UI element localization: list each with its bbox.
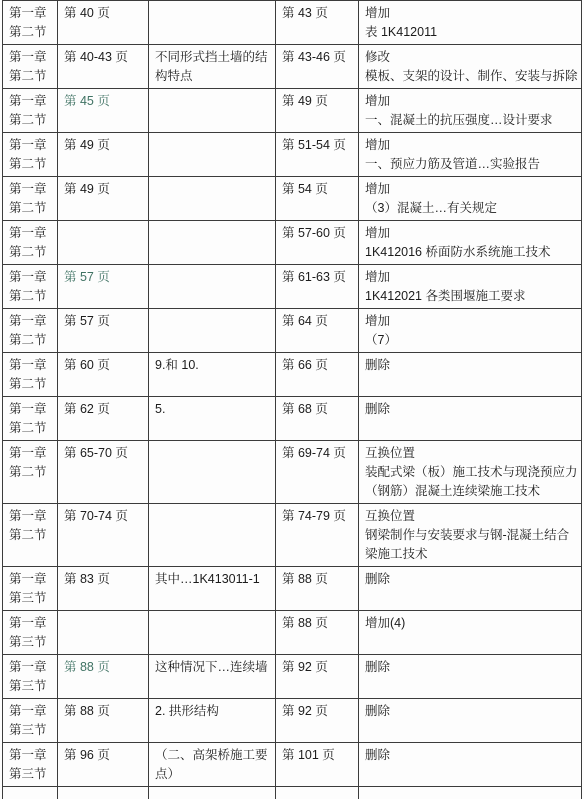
change-cell: 增加（3）混凝土…有关规定 — [359, 177, 582, 221]
chapter-line: 第三节 — [9, 589, 55, 608]
chapter-cell: 第一章第三节 — [3, 611, 58, 655]
table-row: 第一章第二节第 57 页第 61-63 页增加1K412021 各类围堰施工要求 — [3, 265, 582, 309]
change-operation: 删除 — [365, 658, 579, 677]
new-page-cell: 第 88 页 — [276, 567, 359, 611]
chapter-line: 第一章 — [9, 4, 55, 23]
change-operation: 删除 — [365, 702, 579, 721]
chapter-cell: 第一章第三节 — [3, 655, 58, 699]
change-operation: 删除 — [365, 570, 579, 589]
chapter-cell: 第一章第二节 — [3, 1, 58, 45]
change-operation: 增加 — [365, 268, 579, 287]
old-page-cell: 第 49 页 — [58, 177, 149, 221]
change-cell: 修改模板、支架的设计、制作、安装与拆除 — [359, 45, 582, 89]
change-description: 表 1K412011 — [365, 23, 579, 42]
change-operation: 增加 — [365, 224, 579, 243]
table-row: 第一章第三节第 83 页其中…1K413011-1第 88 页删除 — [3, 567, 582, 611]
content-cell — [149, 265, 276, 309]
table-row: 第一章第二节第 65-70 页第 69-74 页互换位置装配式梁（板）施工技术与… — [3, 441, 582, 504]
change-cell: 增加1K412021 各类围堰施工要求 — [359, 265, 582, 309]
new-page-cell: 第 54 页 — [276, 177, 359, 221]
chapter-line: 第三节 — [9, 633, 55, 652]
chapter-line: 第二节 — [9, 463, 55, 482]
old-page-cell: 第 49 页 — [58, 133, 149, 177]
chapter-cell: 第一章第二节 — [3, 221, 58, 265]
change-operation: 互换位置 — [365, 507, 579, 526]
content-cell — [149, 504, 276, 567]
change-cell: 删除 — [359, 743, 582, 769]
chapter-line: 第一章 — [9, 356, 55, 375]
new-page-cell: 第 74-79 页 — [276, 504, 359, 567]
chapter-cell: 第一章第二节 — [3, 397, 58, 441]
chapter-cell: 第一章第二节 — [3, 133, 58, 177]
new-page-cell: 第 101 页 — [276, 743, 359, 769]
old-page-cell: 第 88 页 — [58, 699, 149, 743]
chapter-line: 第一章 — [9, 268, 55, 287]
change-description: （3）混凝土…有关规定 — [365, 199, 579, 218]
chapter-cell: 第一章第三节 — [3, 699, 58, 743]
content-cell — [149, 309, 276, 353]
change-cell: 删除 — [359, 567, 582, 611]
table-row: 第一章第二节第 57 页第 64 页增加（7） — [3, 309, 582, 353]
table-row: 第一章第二节第 62 页5.第 68 页删除 — [3, 397, 582, 441]
chapter-line: 第三节 — [9, 721, 55, 740]
table-row: 第一章第三节第 88 页这种情况下…连续墙第 92 页删除 — [3, 655, 582, 699]
change-cell: 删除 — [359, 353, 582, 397]
new-page-cell: 第 43 页 — [276, 1, 359, 45]
chapter-cell: 第一章第二节 — [3, 441, 58, 504]
old-page-cell: 第 57 页 — [58, 265, 149, 309]
content-cell — [149, 221, 276, 265]
new-page-cell: 第 43-46 页 — [276, 45, 359, 89]
old-page-cell: 第 83 页 — [58, 567, 149, 611]
chapter-line: 第二节 — [9, 155, 55, 174]
old-page-cell: 第 40-43 页 — [58, 45, 149, 89]
content-cell — [149, 89, 276, 133]
change-operation: 增加(4) — [365, 614, 579, 633]
chapter-line: 第一章 — [9, 136, 55, 155]
new-page-cell: 第 68 页 — [276, 397, 359, 441]
old-page-cell: 第 60 页 — [58, 353, 149, 397]
new-page-cell: 第 88 页 — [276, 611, 359, 655]
chapter-line: 第一章 — [9, 92, 55, 111]
old-page-cell — [58, 611, 149, 655]
chapter-line: 第二节 — [9, 375, 55, 394]
chapter-line: 第二节 — [9, 287, 55, 306]
new-page-cell: 第 57-60 页 — [276, 221, 359, 265]
chapter-line: 第一章 — [9, 570, 55, 589]
table-row: 第一章第三节第 88 页2. 拱形结构第 92 页删除 — [3, 699, 582, 743]
content-cell — [149, 441, 276, 504]
new-page-cell: 第 92 页 — [276, 699, 359, 743]
change-operation: 增加 — [365, 312, 579, 331]
old-page-cell: 第 65-70 页 — [58, 441, 149, 504]
chapter-line: 第一章 — [9, 400, 55, 419]
table-row: 第一章第二节第 49 页第 51-54 页增加一、预应力筋及管道…实验报告 — [3, 133, 582, 177]
chapter-cell: 第一章第二节 — [3, 309, 58, 353]
old-page-cell — [58, 221, 149, 265]
change-cell: 增加(4) — [359, 611, 582, 655]
table-row: 第一章第二节第 45 页第 49 页增加一、混凝土的抗压强度…设计要求 — [3, 89, 582, 133]
new-page-cell: 第 92 页 — [276, 655, 359, 699]
change-operation: 增加 — [365, 4, 579, 23]
chapter-line: 第二节 — [9, 67, 55, 86]
table-row: 第一章第二节第 40-43 页不同形式挡土墙的结构特点第 43-46 页修改模板… — [3, 45, 582, 89]
chapter-line: 第二节 — [9, 243, 55, 262]
change-operation: 增加 — [365, 136, 579, 155]
change-description: 钢梁制作与安装要求与钢-混凝土结合梁施工技术 — [365, 526, 579, 564]
change-description: 装配式梁（板）施工技术与现浇预应力（钢筋）混凝土连续梁施工技术 — [365, 463, 579, 501]
chapter-line: 第二节 — [9, 526, 55, 545]
chapter-line: 第一章 — [9, 312, 55, 331]
table-row: 第一章第二节第 40 页第 43 页增加表 1K412011 — [3, 1, 582, 45]
chapter-line: 第一章 — [9, 48, 55, 67]
change-description: 一、预应力筋及管道…实验报告 — [365, 155, 579, 174]
new-page-cell: 第 66 页 — [276, 353, 359, 397]
chapter-cell: 第一章第二节 — [3, 504, 58, 567]
old-page-cell: 第 70-74 页 — [58, 504, 149, 567]
chapter-line: 第一章 — [9, 614, 55, 633]
change-operation: 互换位置 — [365, 444, 579, 463]
change-cell: 增加1K412016 桥面防水系统施工技术 — [359, 221, 582, 265]
chapter-line: 第三节 — [9, 677, 55, 696]
change-cell: 增加一、混凝土的抗压强度…设计要求 — [359, 89, 582, 133]
chapter-cell: 第一章第三节 — [3, 743, 58, 769]
chapter-line: 第一章 — [9, 180, 55, 199]
document-page: 第一章第二节第 40 页第 43 页增加表 1K412011第一章第二节第 40… — [2, 0, 582, 768]
chapter-line: 第二节 — [9, 23, 55, 42]
content-cell: 5. — [149, 397, 276, 441]
chapter-line: 第一章 — [9, 746, 55, 765]
chapter-line: 第一章 — [9, 224, 55, 243]
old-page-cell: 第 40 页 — [58, 1, 149, 45]
table-row: 第一章第三节第 88 页增加(4) — [3, 611, 582, 655]
change-description: 一、混凝土的抗压强度…设计要求 — [365, 111, 579, 130]
change-cell: 删除 — [359, 397, 582, 441]
table-row: 第一章第三节第 96 页（二、高架桥施工要点）第 101 页删除 — [3, 743, 582, 769]
old-page-cell: 第 88 页 — [58, 655, 149, 699]
new-page-cell: 第 51-54 页 — [276, 133, 359, 177]
new-page-cell: 第 69-74 页 — [276, 441, 359, 504]
change-operation: 增加 — [365, 180, 579, 199]
change-cell: 增加表 1K412011 — [359, 1, 582, 45]
change-description: （7） — [365, 331, 579, 350]
chapter-cell: 第一章第二节 — [3, 177, 58, 221]
chapter-line: 第二节 — [9, 419, 55, 438]
change-cell: 删除 — [359, 655, 582, 699]
content-cell: 9.和 10. — [149, 353, 276, 397]
table-row: 第一章第二节第 60 页9.和 10.第 66 页删除 — [3, 353, 582, 397]
chapter-line: 第一章 — [9, 507, 55, 526]
change-description: 1K412021 各类围堰施工要求 — [365, 287, 579, 306]
content-cell — [149, 133, 276, 177]
content-cell — [149, 177, 276, 221]
table-row: 第一章第二节第 57-60 页增加1K412016 桥面防水系统施工技术 — [3, 221, 582, 265]
table-row: 第一章第二节第 49 页第 54 页增加（3）混凝土…有关规定 — [3, 177, 582, 221]
chapter-line: 第二节 — [9, 199, 55, 218]
chapter-line: 第一章 — [9, 444, 55, 463]
change-cell: 删除 — [359, 699, 582, 743]
chapter-line: 第二节 — [9, 331, 55, 350]
content-cell: （二、高架桥施工要点） — [149, 743, 276, 769]
change-operation: 增加 — [365, 92, 579, 111]
new-page-cell: 第 61-63 页 — [276, 265, 359, 309]
chapter-line: 第二节 — [9, 111, 55, 130]
revision-table-body: 第一章第二节第 40 页第 43 页增加表 1K412011第一章第二节第 40… — [3, 0, 582, 768]
chapter-line: 第一章 — [9, 702, 55, 721]
table-row: 第一章第二节第 70-74 页第 74-79 页互换位置钢梁制作与安装要求与钢-… — [3, 504, 582, 567]
old-page-cell: 第 57 页 — [58, 309, 149, 353]
change-cell: 互换位置装配式梁（板）施工技术与现浇预应力（钢筋）混凝土连续梁施工技术 — [359, 441, 582, 504]
old-page-cell: 第 62 页 — [58, 397, 149, 441]
content-cell: 其中…1K413011-1 — [149, 567, 276, 611]
change-description: 1K412016 桥面防水系统施工技术 — [365, 243, 579, 262]
change-operation: 删除 — [365, 356, 579, 375]
change-operation: 删除 — [365, 400, 579, 419]
new-page-cell: 第 49 页 — [276, 89, 359, 133]
change-description: 模板、支架的设计、制作、安装与拆除 — [365, 67, 579, 86]
chapter-line: 第一章 — [9, 658, 55, 677]
chapter-cell: 第一章第二节 — [3, 265, 58, 309]
content-cell: 这种情况下…连续墙 — [149, 655, 276, 699]
change-cell: 增加一、预应力筋及管道…实验报告 — [359, 133, 582, 177]
revision-table: 第一章第二节第 40 页第 43 页增加表 1K412011第一章第二节第 40… — [2, 0, 582, 768]
chapter-cell: 第一章第二节 — [3, 353, 58, 397]
chapter-cell: 第一章第二节 — [3, 45, 58, 89]
old-page-cell: 第 96 页 — [58, 743, 149, 769]
content-cell — [149, 1, 276, 45]
change-cell: 增加（7） — [359, 309, 582, 353]
old-page-cell: 第 45 页 — [58, 89, 149, 133]
content-cell — [149, 611, 276, 655]
new-page-cell: 第 64 页 — [276, 309, 359, 353]
change-operation: 修改 — [365, 48, 579, 67]
change-cell: 互换位置钢梁制作与安装要求与钢-混凝土结合梁施工技术 — [359, 504, 582, 567]
content-cell: 2. 拱形结构 — [149, 699, 276, 743]
content-cell: 不同形式挡土墙的结构特点 — [149, 45, 276, 89]
chapter-cell: 第一章第三节 — [3, 567, 58, 611]
chapter-cell: 第一章第二节 — [3, 89, 58, 133]
change-operation: 删除 — [365, 746, 579, 765]
